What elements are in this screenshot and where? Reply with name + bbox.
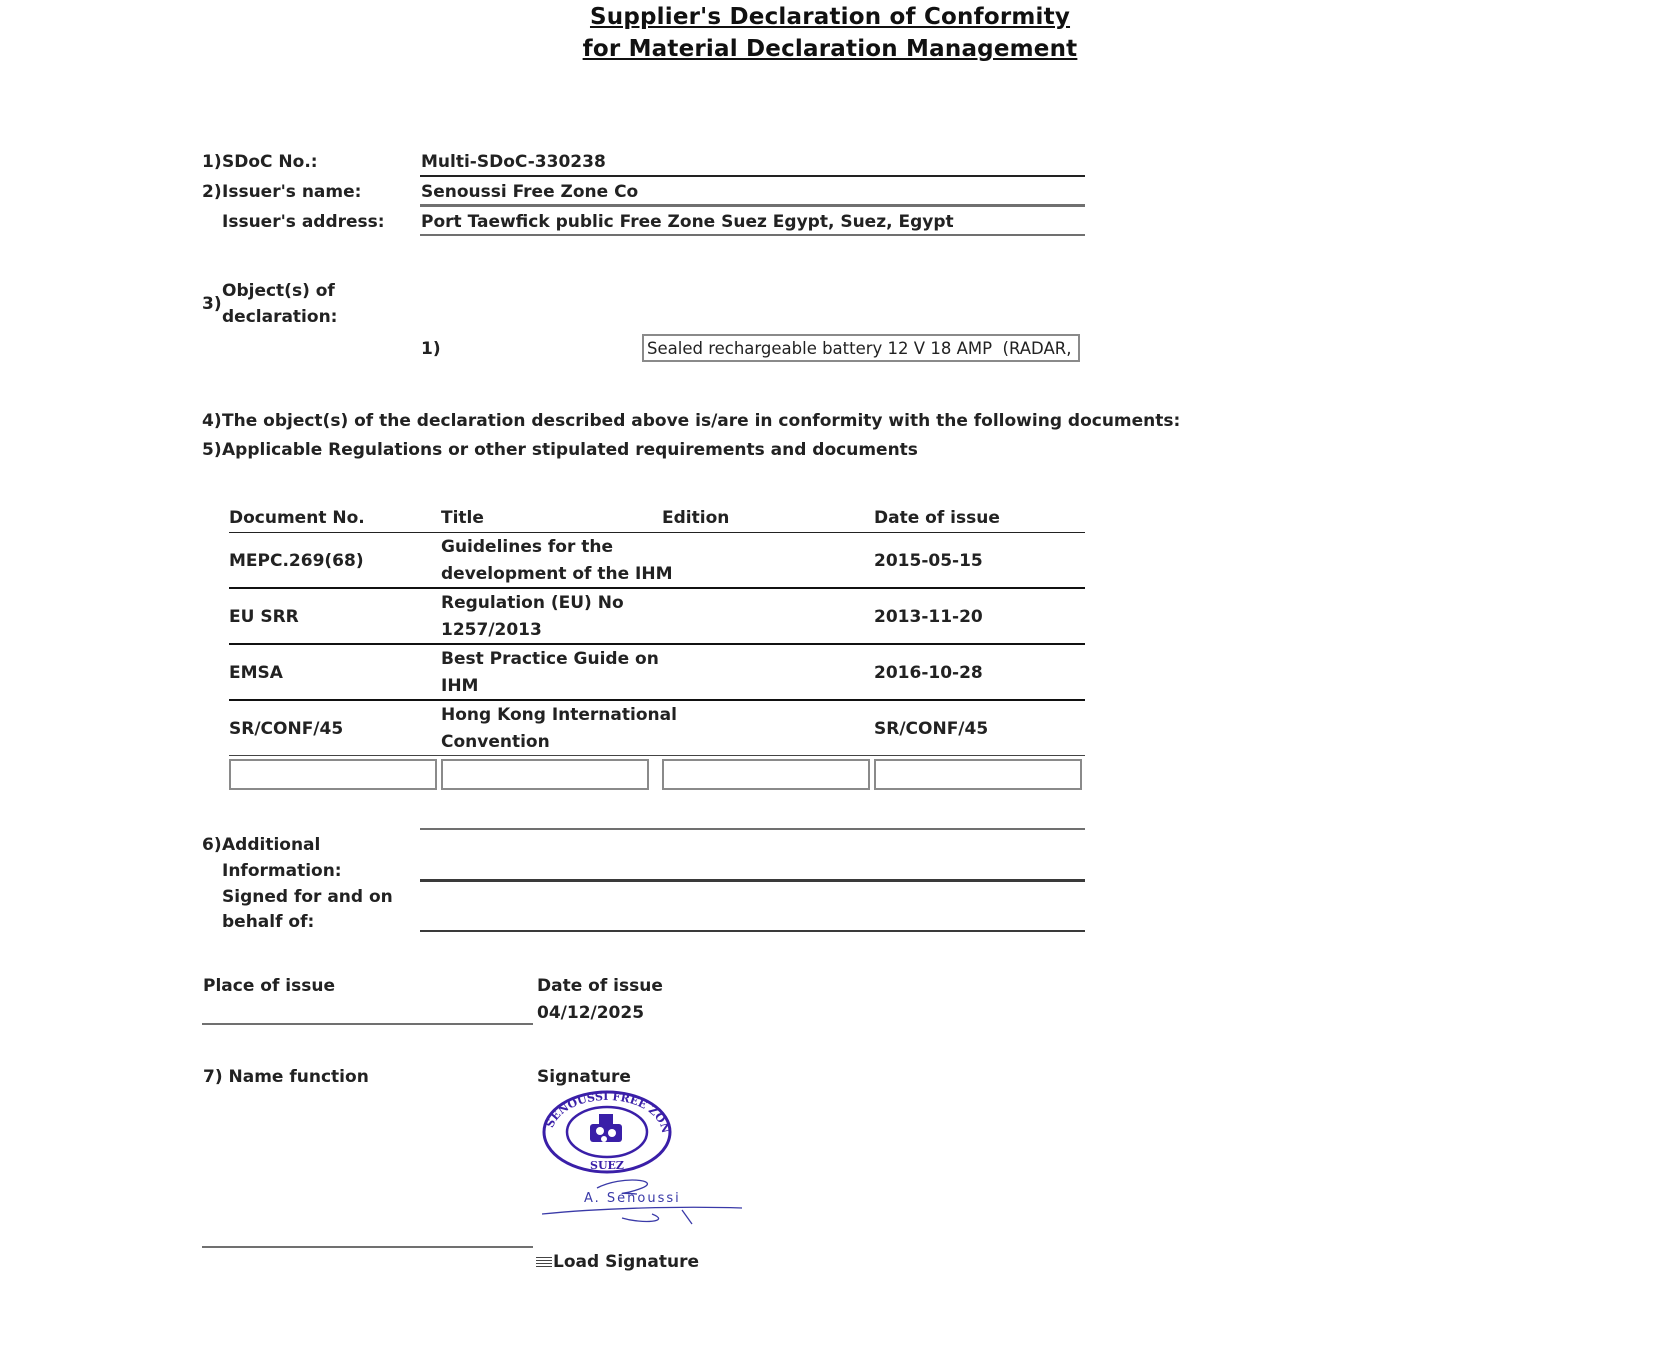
row-divider: [229, 699, 1085, 701]
cell-title-line2: 1257/2013: [441, 617, 624, 644]
signed-for-field[interactable]: [420, 884, 1085, 930]
cell-doc-no: MEPC.269(68): [229, 534, 364, 588]
name-function-field[interactable]: [202, 1095, 533, 1245]
signed-for-line: [420, 930, 1085, 932]
cell-title: Guidelines for the development of the IH…: [441, 534, 673, 588]
field-number-1: 1): [202, 152, 222, 172]
header-divider: [229, 532, 1085, 533]
cell-title: Hong Kong International Convention: [441, 702, 677, 756]
company-stamp-icon: SENOUSSI FREE ZONE Co. SUEZ: [542, 1090, 672, 1172]
cell-title-line2: Convention: [441, 729, 677, 756]
additional-label-line1: Additional: [222, 835, 320, 855]
sdoc-no-value[interactable]: Multi-SDoC-330238: [421, 152, 606, 172]
issuer-name-value[interactable]: Senoussi Free Zone Co: [421, 182, 638, 202]
page-title-line2: for Material Declaration Management: [0, 36, 1655, 62]
new-title-input[interactable]: [441, 759, 649, 790]
statement-number-5: 5): [202, 440, 222, 460]
statement-5-text: Applicable Regulations or other stipulat…: [222, 440, 918, 460]
field-number-3: 3): [202, 294, 222, 314]
date-of-issue-label: Date of issue: [537, 976, 663, 996]
new-doc-no-input[interactable]: [229, 759, 437, 790]
objects-label-line1: Object(s) of: [222, 281, 335, 301]
cell-title-line1: Best Practice Guide on: [441, 646, 659, 673]
row-divider: [229, 587, 1085, 589]
field-number-2: 2): [202, 182, 222, 202]
load-signature-label: Load Signature: [553, 1252, 699, 1272]
cell-title-line1: Guidelines for the: [441, 534, 673, 561]
cell-title-line1: Hong Kong International: [441, 702, 677, 729]
row-divider: [229, 755, 1085, 756]
sdoc-no-label: SDoC No.:: [222, 152, 318, 172]
place-of-issue-line: [202, 1023, 533, 1025]
lines-icon: [536, 1257, 552, 1268]
column-header-title: Title: [441, 508, 484, 528]
additional-bottom-line: [420, 879, 1085, 882]
page-title-line1: Supplier's Declaration of Conformity: [0, 4, 1655, 30]
issuer-address-underline: [420, 234, 1085, 236]
place-of-issue-field[interactable]: [202, 996, 533, 1022]
cell-doc-no: EMSA: [229, 646, 283, 700]
cell-doc-no: SR/CONF/45: [229, 702, 343, 756]
issuer-address-value[interactable]: Port Taewfick public Free Zone Suez Egyp…: [421, 212, 954, 232]
cell-date: SR/CONF/45: [874, 702, 988, 756]
additional-top-line: [420, 828, 1085, 830]
cell-title: Regulation (EU) No 1257/2013: [441, 590, 624, 644]
cell-title-line1: Regulation (EU) No: [441, 590, 624, 617]
object-item-input[interactable]: [642, 334, 1080, 362]
cell-title: Best Practice Guide on IHM: [441, 646, 659, 700]
cell-title-line2: development of the IHM: [441, 561, 673, 588]
cell-doc-no: EU SRR: [229, 590, 299, 644]
issuer-name-label: Issuer's name:: [222, 182, 361, 202]
place-of-issue-label: Place of issue: [203, 976, 335, 996]
new-edition-input[interactable]: [662, 759, 870, 790]
cell-date: 2016-10-28: [874, 646, 983, 700]
handwritten-signature-icon: A. Senoussi: [542, 1180, 742, 1224]
signature-label: Signature: [537, 1067, 631, 1087]
statement-4-text: The object(s) of the declaration describ…: [222, 411, 1180, 431]
name-function-label: 7) Name function: [203, 1067, 369, 1087]
sdoc-no-underline: [420, 175, 1085, 177]
cell-date: 2013-11-20: [874, 590, 983, 644]
additional-info-field[interactable]: [420, 832, 1085, 878]
issuer-address-label: Issuer's address:: [222, 212, 385, 232]
signed-for-label-line2: behalf of:: [222, 912, 314, 932]
cell-date: 2015-05-15: [874, 534, 983, 588]
handwritten-name: A. Senoussi: [584, 1191, 681, 1206]
objects-label-line2: declaration:: [222, 307, 337, 327]
issuer-name-underline: [420, 204, 1085, 207]
column-header-edition: Edition: [662, 508, 729, 528]
field-number-6: 6): [202, 835, 222, 855]
row-divider: [229, 643, 1085, 645]
cell-title-line2: IHM: [441, 673, 659, 700]
new-date-input[interactable]: [874, 759, 1082, 790]
name-function-line: [202, 1246, 533, 1248]
stamp-bottom-text: SUEZ: [590, 1159, 624, 1172]
column-header-document-no: Document No.: [229, 508, 365, 528]
column-header-date: Date of issue: [874, 508, 1000, 528]
signature-stamp-image: SENOUSSI FREE ZONE Co. SUEZ A. Senoussi: [542, 1090, 752, 1230]
additional-label-line2: Information:: [222, 861, 342, 881]
signed-for-label-line1: Signed for and on: [222, 887, 393, 907]
load-signature-button[interactable]: Load Signature: [536, 1252, 699, 1272]
date-of-issue-value[interactable]: 04/12/2025: [537, 1003, 644, 1023]
object-item-index: 1): [421, 339, 441, 359]
statement-number-4: 4): [202, 411, 222, 431]
